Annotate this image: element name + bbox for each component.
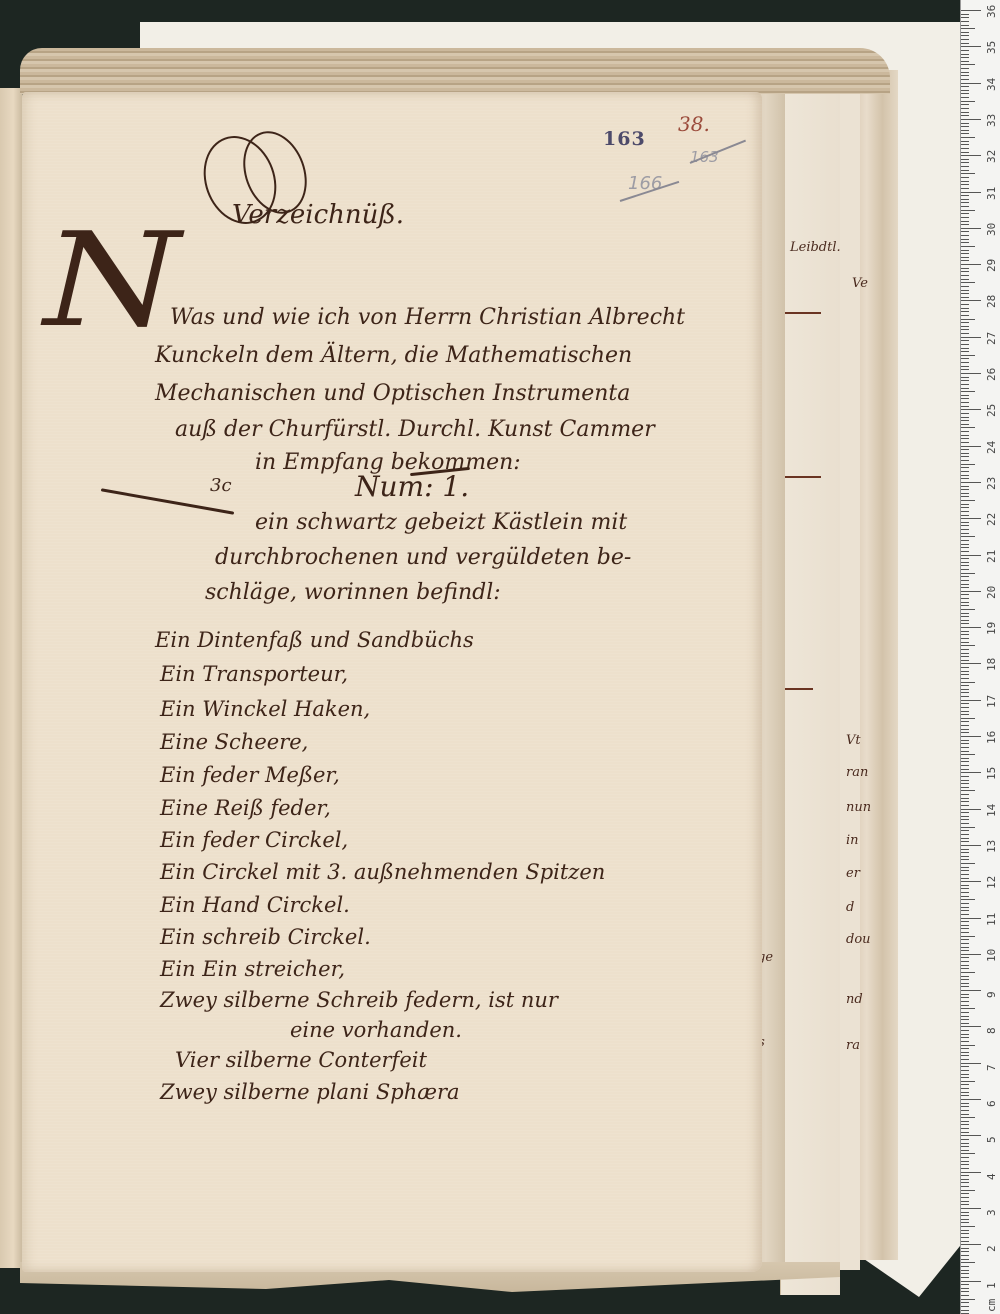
ruler-tick bbox=[961, 406, 969, 407]
ruler-tick bbox=[961, 1103, 969, 1104]
ruler-tick bbox=[961, 170, 969, 171]
ruler-tick bbox=[961, 703, 969, 704]
ruler-tick bbox=[961, 1310, 969, 1311]
ruler-tick bbox=[961, 14, 969, 15]
ruler-tick bbox=[961, 1204, 969, 1205]
ruler-tick bbox=[961, 1034, 969, 1035]
ruler-tick bbox=[961, 1128, 969, 1129]
ruler-tick bbox=[961, 155, 981, 156]
ruler-label: 18 bbox=[985, 658, 998, 671]
ruler-tick bbox=[961, 1037, 969, 1038]
ruler-tick bbox=[961, 119, 981, 120]
ruler-tick bbox=[961, 1291, 969, 1292]
ruler-tick bbox=[961, 885, 969, 886]
ruler-tick bbox=[961, 64, 975, 65]
ruler-tick bbox=[961, 972, 975, 973]
measurement-ruler: 3635343332313029282726252423222120191817… bbox=[960, 0, 1000, 1314]
ruler-tick bbox=[961, 979, 969, 980]
margin-fragment: Ve bbox=[852, 276, 868, 291]
ruler-label: 24 bbox=[985, 440, 998, 453]
ruler-label: 29 bbox=[985, 259, 998, 272]
ruler-tick bbox=[961, 1172, 981, 1173]
ruler-tick bbox=[961, 72, 969, 73]
ruler-tick bbox=[961, 1063, 981, 1064]
ruler-tick bbox=[961, 1016, 969, 1017]
ruler-label: 36 bbox=[985, 5, 998, 18]
ruler-tick bbox=[961, 1157, 969, 1158]
ruler-tick bbox=[961, 674, 969, 675]
ruler-tick bbox=[961, 1262, 975, 1263]
ruler-tick bbox=[961, 231, 969, 232]
ruler-tick bbox=[961, 101, 975, 102]
ruler-tick bbox=[961, 667, 969, 668]
ruler-tick bbox=[961, 50, 969, 51]
ruler-tick bbox=[961, 1197, 969, 1198]
ruler-tick bbox=[961, 649, 969, 650]
ruler-tick bbox=[961, 968, 969, 969]
ruler-label: 30 bbox=[985, 223, 998, 236]
ruler-label: 33 bbox=[985, 114, 998, 127]
ruler-tick bbox=[961, 830, 969, 831]
ruler-label: 22 bbox=[985, 513, 998, 526]
ruler-tick bbox=[961, 235, 969, 236]
ruler-tick bbox=[961, 286, 969, 287]
ruler-tick bbox=[961, 319, 975, 320]
ruler-tick bbox=[961, 994, 969, 995]
ruler-tick bbox=[961, 863, 975, 864]
ruler-tick bbox=[961, 388, 969, 389]
ruler-label: 21 bbox=[985, 549, 998, 562]
ruler-tick bbox=[961, 565, 969, 566]
ruler-tick bbox=[961, 17, 969, 18]
ruler-label: 26 bbox=[985, 368, 998, 381]
ruler-tick bbox=[961, 1099, 981, 1100]
ruler-tick bbox=[961, 1117, 975, 1118]
ruler-tick bbox=[961, 54, 969, 55]
inventory-item: Ein Winckel Haken, bbox=[160, 697, 370, 721]
ruler-tick bbox=[961, 743, 969, 744]
ruler-tick bbox=[961, 68, 969, 69]
ruler-tick bbox=[961, 1074, 969, 1075]
ruler-tick bbox=[961, 257, 969, 258]
ruler-tick bbox=[961, 195, 969, 196]
ruler-label: 3 bbox=[985, 1209, 998, 1216]
ruler-tick bbox=[961, 377, 969, 378]
ruler-tick bbox=[961, 758, 969, 759]
ruler-tick bbox=[961, 725, 969, 726]
ruler-tick bbox=[961, 90, 969, 91]
ruler-tick bbox=[961, 620, 969, 621]
ruler-tick bbox=[961, 1143, 969, 1144]
ruler-label: 6 bbox=[985, 1100, 998, 1107]
ruler-tick bbox=[961, 536, 975, 537]
ruler-tick bbox=[961, 623, 969, 624]
ruler-label: 31 bbox=[985, 186, 998, 199]
ruler-tick bbox=[961, 849, 969, 850]
ruler-tick bbox=[961, 471, 969, 472]
ruler-tick bbox=[961, 355, 975, 356]
ruler-tick bbox=[961, 1259, 969, 1260]
ruler-tick bbox=[961, 663, 981, 664]
folio-stamp-number: 163 bbox=[603, 128, 646, 150]
ruler-tick bbox=[961, 467, 969, 468]
ruler-tick bbox=[961, 689, 969, 690]
ruler-tick bbox=[961, 627, 981, 628]
body-line: Was und wie ich von Herrn Christian Albr… bbox=[170, 305, 685, 330]
ruler-tick bbox=[961, 358, 969, 359]
ruler-tick bbox=[961, 57, 969, 58]
ruler-tick bbox=[961, 340, 969, 341]
ruler-tick bbox=[961, 46, 981, 47]
ruler-tick bbox=[961, 1201, 969, 1202]
ruler-tick bbox=[961, 152, 969, 153]
ruler-tick bbox=[961, 522, 969, 523]
ruler-tick bbox=[961, 228, 981, 229]
inventory-item: Ein Circkel mit 3. außnehmenden Spitzen bbox=[160, 860, 605, 884]
ruler-tick bbox=[961, 573, 975, 574]
ruler-tick bbox=[961, 210, 975, 211]
ruler-tick bbox=[961, 852, 969, 853]
ruler-tick bbox=[961, 75, 969, 76]
ruler-tick bbox=[961, 308, 969, 309]
page-stack-edge bbox=[780, 85, 840, 1295]
ruler-label: 8 bbox=[985, 1028, 998, 1035]
ruler-tick bbox=[961, 123, 969, 124]
ruler-tick bbox=[961, 456, 969, 457]
ruler-label: 28 bbox=[985, 295, 998, 308]
ruler-tick bbox=[961, 1222, 969, 1223]
ruler-tick bbox=[961, 990, 981, 991]
ruler-tick bbox=[961, 794, 969, 795]
ruler-label: 10 bbox=[985, 949, 998, 962]
ruler-tick bbox=[961, 1241, 969, 1242]
ruler-tick bbox=[961, 602, 969, 603]
ruler-tick bbox=[961, 366, 969, 367]
ruler-tick bbox=[961, 417, 969, 418]
ruler-tick bbox=[961, 1153, 975, 1154]
ruler-tick bbox=[961, 1255, 969, 1256]
ruler-tick bbox=[961, 1026, 981, 1027]
ruler-label: 11 bbox=[985, 912, 998, 925]
ruler-tick bbox=[961, 1045, 975, 1046]
ruler-tick bbox=[961, 747, 969, 748]
ruler-tick bbox=[961, 961, 969, 962]
ruler-tick bbox=[961, 1212, 969, 1213]
ruler-tick bbox=[961, 322, 969, 323]
ruler-tick bbox=[961, 692, 969, 693]
ruler-tick bbox=[961, 489, 969, 490]
ruler-tick bbox=[961, 464, 975, 465]
ruler-tick bbox=[961, 631, 969, 632]
ruler-tick bbox=[961, 903, 969, 904]
ruler-tick bbox=[961, 838, 969, 839]
ruler-tick bbox=[961, 311, 969, 312]
ruler-tick bbox=[961, 438, 969, 439]
ruler-tick bbox=[961, 93, 969, 94]
ruler-tick bbox=[961, 645, 975, 646]
ruler-tick bbox=[961, 1084, 969, 1085]
ruler-tick bbox=[961, 1270, 969, 1271]
ruler-tick bbox=[961, 584, 969, 585]
ruler-label: 5 bbox=[985, 1137, 998, 1144]
ruler-tick bbox=[961, 217, 969, 218]
ruler-tick bbox=[961, 391, 975, 392]
ruler-tick bbox=[961, 402, 969, 403]
ruler-tick bbox=[961, 812, 969, 813]
ruler-tick bbox=[961, 776, 969, 777]
ruler-tick bbox=[961, 1273, 969, 1274]
ruler-tick bbox=[961, 1306, 969, 1307]
body-line: Mechanischen und Optischen Instrumenta bbox=[155, 381, 630, 406]
ruler-tick bbox=[961, 83, 981, 84]
ruler-tick bbox=[961, 1092, 969, 1093]
ruler-tick bbox=[961, 598, 969, 599]
ruler-tick bbox=[961, 1277, 969, 1278]
ruler-tick bbox=[961, 384, 969, 385]
ruler-tick bbox=[961, 816, 969, 817]
ruler-tick bbox=[961, 213, 969, 214]
margin-rule bbox=[785, 688, 813, 690]
ruler-tick bbox=[961, 486, 969, 487]
ruler-tick bbox=[961, 809, 981, 810]
ruler-tick bbox=[961, 569, 969, 570]
ruler-tick bbox=[961, 239, 969, 240]
ruler-tick bbox=[961, 1070, 969, 1071]
ruler-tick bbox=[961, 798, 969, 799]
ruler-tick bbox=[961, 460, 969, 461]
ruler-tick bbox=[961, 899, 975, 900]
ruler-tick bbox=[961, 282, 975, 283]
ruler-tick bbox=[961, 544, 969, 545]
ruler-tick bbox=[961, 369, 969, 370]
ruler-tick bbox=[961, 1001, 969, 1002]
ruler-label: 1 bbox=[985, 1282, 998, 1289]
decorated-initial: N bbox=[44, 215, 181, 345]
section-line: schläge, worinnen befindl: bbox=[205, 580, 501, 605]
ruler-tick bbox=[961, 834, 969, 835]
ruler-tick bbox=[961, 678, 969, 679]
ruler-tick bbox=[961, 1088, 969, 1089]
ruler-tick bbox=[961, 936, 975, 937]
ruler-tick bbox=[961, 983, 969, 984]
ruler-tick bbox=[961, 1114, 969, 1115]
ruler-tick bbox=[961, 783, 969, 784]
ruler-tick bbox=[961, 533, 969, 534]
ruler-tick bbox=[961, 297, 969, 298]
ruler-tick bbox=[961, 1041, 969, 1042]
ruler-tick bbox=[961, 1284, 969, 1285]
ruler-tick bbox=[961, 819, 969, 820]
ruler-tick bbox=[961, 1081, 975, 1082]
ruler-tick bbox=[961, 986, 969, 987]
ruler-tick bbox=[961, 801, 969, 802]
ruler-tick bbox=[961, 954, 981, 955]
ruler-tick bbox=[961, 326, 969, 327]
ruler-tick bbox=[961, 279, 969, 280]
ruler-tick bbox=[961, 104, 969, 105]
margin-fragment: nd bbox=[846, 992, 863, 1007]
inventory-item: Zwey silberne Schreib federn, ist nur bbox=[160, 988, 558, 1012]
ruler-tick bbox=[961, 1135, 981, 1136]
ruler-tick bbox=[961, 921, 969, 922]
ruler-tick bbox=[961, 511, 969, 512]
ruler-tick bbox=[961, 242, 969, 243]
ruler-tick bbox=[961, 918, 981, 919]
ruler-tick bbox=[961, 1168, 969, 1169]
ruler-tick bbox=[961, 711, 969, 712]
ruler-label: 7 bbox=[985, 1064, 998, 1071]
inventory-item: Ein Dintenfaß und Sandbüchs bbox=[155, 628, 474, 652]
ruler-tick bbox=[961, 780, 969, 781]
ruler-tick bbox=[961, 751, 969, 752]
body-line: auß der Churfürstl. Durchl. Kunst Cammer bbox=[175, 417, 655, 442]
ruler-tick bbox=[961, 300, 981, 301]
ruler-tick bbox=[961, 1055, 969, 1056]
ruler-tick bbox=[961, 413, 969, 414]
ruler-tick bbox=[961, 380, 969, 381]
ruler-tick bbox=[961, 718, 975, 719]
ruler-tick bbox=[961, 910, 969, 911]
ruler-label: 16 bbox=[985, 731, 998, 744]
ruler-tick bbox=[961, 765, 969, 766]
ruler-tick bbox=[961, 395, 969, 396]
inventory-item: Ein Transporteur, bbox=[160, 662, 348, 686]
inventory-item: Vier silberne Conterfeit bbox=[175, 1048, 427, 1072]
ruler-tick bbox=[961, 950, 969, 951]
ruler-tick bbox=[961, 856, 969, 857]
ruler-tick bbox=[961, 173, 975, 174]
ruler-tick bbox=[961, 264, 981, 265]
ruler-label: 14 bbox=[985, 803, 998, 816]
ruler-tick bbox=[961, 591, 981, 592]
ruler-tick bbox=[961, 787, 969, 788]
ruler-tick bbox=[961, 736, 981, 737]
margin-fragment: dou bbox=[846, 932, 871, 947]
ruler-tick bbox=[961, 925, 969, 926]
ruler-tick bbox=[961, 671, 969, 672]
ruler-label: 25 bbox=[985, 404, 998, 417]
ruler-tick bbox=[961, 398, 969, 399]
ruler-tick bbox=[961, 86, 969, 87]
ruler-tick bbox=[961, 192, 981, 193]
margin-fragment: ra bbox=[846, 1038, 860, 1053]
ruler-tick bbox=[961, 1230, 969, 1231]
ruler-tick bbox=[961, 957, 969, 958]
ruler-tick bbox=[961, 551, 969, 552]
ruler-tick bbox=[961, 199, 969, 200]
ruler-tick bbox=[961, 115, 969, 116]
ruler-tick bbox=[961, 166, 969, 167]
inventory-item: Ein feder Meßer, bbox=[160, 763, 340, 787]
ruler-tick bbox=[961, 1295, 969, 1296]
ruler-tick bbox=[961, 1179, 969, 1180]
margin-fragment: er bbox=[846, 866, 860, 881]
ruler-tick bbox=[961, 634, 969, 635]
ruler-tick bbox=[961, 1146, 969, 1147]
ruler-tick bbox=[961, 976, 969, 977]
ruler-tick bbox=[961, 177, 969, 178]
ruler-tick bbox=[961, 1208, 981, 1209]
ruler-tick bbox=[961, 427, 975, 428]
ruler-tick bbox=[961, 1299, 975, 1300]
ruler-tick bbox=[961, 315, 969, 316]
ruler-tick bbox=[961, 1186, 969, 1187]
ruler-tick bbox=[961, 507, 969, 508]
ruler-tick bbox=[961, 162, 969, 163]
ruler-tick bbox=[961, 39, 969, 40]
inventory-item: Zwey silberne plani Sphæra bbox=[160, 1080, 460, 1104]
ruler-tick bbox=[961, 424, 969, 425]
ruler-label: 19 bbox=[985, 622, 998, 635]
ruler-tick bbox=[961, 496, 969, 497]
ruler-tick bbox=[961, 1233, 969, 1234]
ruler-tick bbox=[961, 1190, 975, 1191]
ruler-tick bbox=[961, 1215, 969, 1216]
ruler-tick bbox=[961, 159, 969, 160]
ruler-tick bbox=[961, 707, 969, 708]
ruler-tick bbox=[961, 333, 969, 334]
ruler-tick bbox=[961, 616, 969, 617]
ruler-tick bbox=[961, 587, 969, 588]
body-line: Kunckeln dem Ältern, die Mathematischen bbox=[155, 343, 632, 368]
ruler-tick bbox=[961, 348, 969, 349]
ruler-label: 12 bbox=[985, 876, 998, 889]
ruler-tick bbox=[961, 867, 969, 868]
ruler-tick bbox=[961, 253, 969, 254]
ruler-tick bbox=[961, 609, 975, 610]
ruler-tick bbox=[961, 246, 975, 247]
ruler-tick bbox=[961, 1182, 969, 1183]
scan-background: Leibdtl. Ve Vt ran nun in er d dou nd ra… bbox=[0, 0, 1000, 1314]
ruler-label: 2 bbox=[985, 1246, 998, 1253]
ruler-tick bbox=[961, 1095, 969, 1096]
ruler-tick bbox=[961, 28, 975, 29]
ruler-tick bbox=[961, 518, 981, 519]
ruler-tick bbox=[961, 184, 969, 185]
ruler-label: 15 bbox=[985, 767, 998, 780]
ruler-tick bbox=[961, 1048, 969, 1049]
margin-fragment: d bbox=[846, 900, 854, 915]
ruler-tick bbox=[961, 500, 975, 501]
book-top-edge bbox=[20, 48, 890, 94]
ruler-tick bbox=[961, 1121, 969, 1122]
ruler-tick bbox=[961, 696, 969, 697]
ruler-tick bbox=[961, 133, 969, 134]
ruler-tick bbox=[961, 475, 969, 476]
ruler-tick bbox=[961, 130, 969, 131]
ruler-tick bbox=[961, 108, 969, 109]
margin-fragment: nun bbox=[846, 800, 871, 815]
ruler-tick bbox=[961, 304, 969, 305]
ruler-tick bbox=[961, 1150, 969, 1151]
ruler-tick bbox=[961, 841, 969, 842]
ruler-tick bbox=[961, 1139, 969, 1140]
ruler-tick bbox=[961, 1281, 981, 1282]
ruler-tick bbox=[961, 344, 969, 345]
ruler-tick bbox=[961, 1077, 969, 1078]
ruler-tick bbox=[961, 482, 981, 483]
ruler-tick bbox=[961, 32, 969, 33]
ruler-tick bbox=[961, 914, 969, 915]
ruler-tick bbox=[961, 881, 981, 882]
ruler-tick bbox=[961, 268, 969, 269]
ruler-tick bbox=[961, 442, 969, 443]
ruler-tick bbox=[961, 515, 969, 516]
ruler-tick bbox=[961, 660, 969, 661]
ruler-tick bbox=[961, 1059, 969, 1060]
ruler-tick bbox=[961, 10, 981, 11]
ruler-tick bbox=[961, 148, 969, 149]
